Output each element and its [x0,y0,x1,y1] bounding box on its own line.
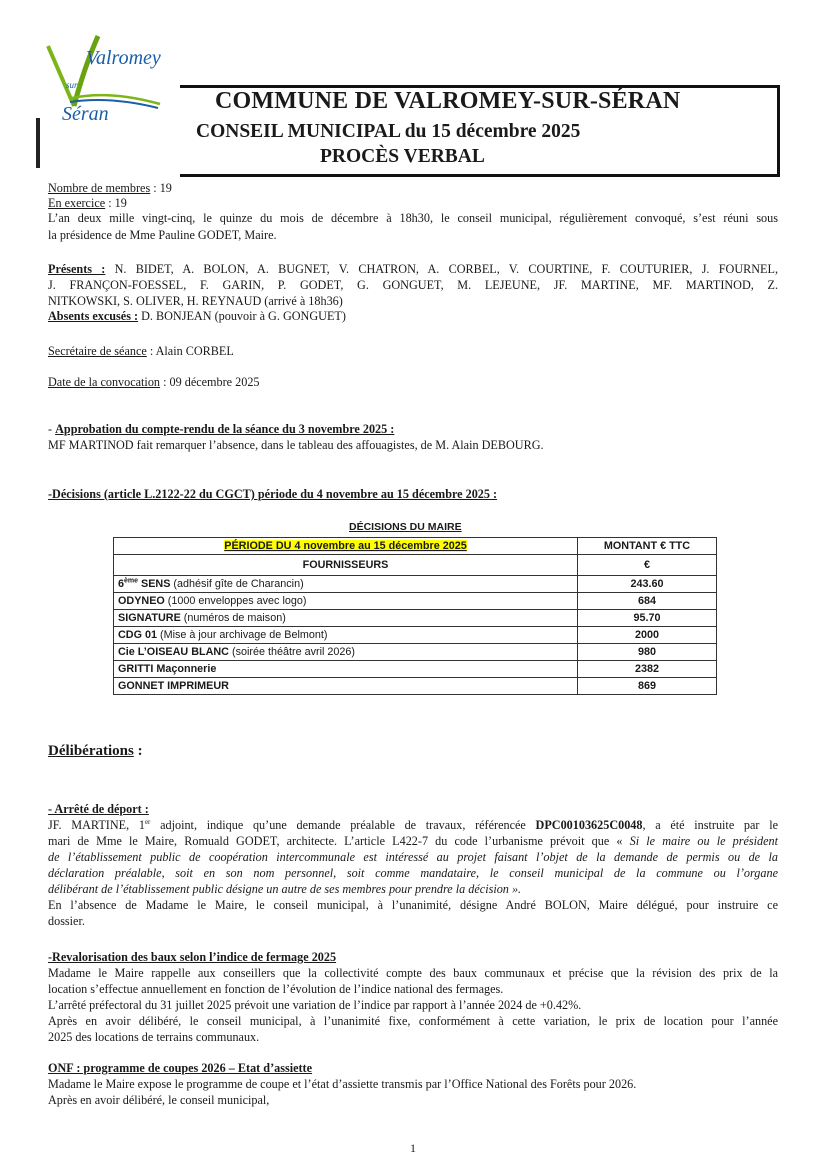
baux-line-3: L’arrêté préfectoral du 31 juillet 2025 … [48,998,581,1013]
supplier-label: GONNET IMPRIMEUR [118,680,229,692]
depot-text-2i: Si le maire ou le président [630,834,778,848]
onf-heading: ONF : programme de coupes 2026 – Etat d’… [48,1061,312,1076]
supplier-superscript: ème [124,577,138,584]
supplier-detail: (soirée théâtre avril 2026) [229,646,355,658]
table-subheader-row: FOURNISSEURS € [114,555,717,576]
supplier-label: Cie L’OISEAU BLANC [118,646,229,658]
commune-title: COMMUNE DE VALROMEY-SUR-SÉRAN [215,88,680,115]
amount-cell: 95.70 [578,610,717,627]
depot-reference: DPC00103625C0048 [536,818,643,832]
depot-text-1a: JF. MARTINE, 1 [48,818,145,832]
opening-line-1: L’an deux mille vingt-cinq, le quinze du… [48,211,778,226]
valromey-logo-icon: Valromey sur Séran [40,28,170,128]
baux-line-2: location s’effectue annuellement en fonc… [48,982,503,997]
presents-label: Présents : [48,262,105,276]
secretaire-line: Secrétaire de séance : Alain CORBEL [48,344,234,359]
depot-line-1: JF. MARTINE, 1er adjoint, indique qu’une… [48,818,778,833]
supplier-label: SENS [138,578,170,590]
convocation-line: Date de la convocation : 09 décembre 202… [48,375,260,390]
amount-cell: 684 [578,593,717,610]
conseil-title: CONSEIL MUNICIPAL du 15 décembre 2025 [196,121,580,143]
baux-line-5: 2025 des locations de terrains communaux… [48,1030,259,1045]
table-row: SIGNATURE (numéros de maison)95.70 [114,610,717,627]
presents-line-2: J. FRANÇON-FOESSEL, F. GARIN, P. GODET, … [48,278,778,293]
supplier-detail: (adhésif gîte de Charancin) [170,578,303,590]
table-row: CDG 01 (Mise à jour archivage de Belmont… [114,627,717,644]
approbation-heading: - Approbation du compte-rendu de la séan… [48,422,394,437]
depot-text-1b: adjoint, indique qu’une demande préalabl… [150,818,535,832]
supplier-cell: Cie L’OISEAU BLANC (soirée théâtre avril… [114,644,578,661]
currency-header: € [578,555,717,576]
depot-line-5: délibérant de l’établissement public dés… [48,882,521,897]
depot-line-3: de l’établissement public de coopération… [48,850,778,865]
supplier-cell: GONNET IMPRIMEUR [114,678,578,695]
approbation-title: Approbation du compte-rendu de la séance… [55,422,394,436]
supplier-name: 6ème SENS [118,578,170,590]
convocation-label: Date de la convocation [48,375,160,389]
absents-label: Absents excusés : [48,309,138,323]
amount-header: MONTANT € TTC [578,538,717,555]
svg-text:sur: sur [66,80,78,90]
depot-line-2: mari de Mme le Maire, Romuald GODET, arc… [48,834,778,849]
depot-line-6: En l’absence de Madame le Maire, le cons… [48,898,778,913]
baux-heading: -Revalorisation des baux selon l’indice … [48,950,336,965]
depot-text-1c: , a été instruite par le [643,818,779,832]
commune-logo: Valromey sur Séran [40,28,170,128]
decisions-table-title: DÉCISIONS DU MAIRE [349,521,462,533]
supplier-detail: (1000 enveloppes avec logo) [165,595,307,607]
depot-text-2a: mari de Mme le Maire, Romuald GODET, arc… [48,834,630,848]
supplier-detail: (numéros de maison) [181,612,286,624]
approbation-text: MF MARTINOD fait remarquer l’absence, da… [48,438,544,453]
table-row: Cie L’OISEAU BLANC (soirée théâtre avril… [114,644,717,661]
table-row: GONNET IMPRIMEUR869 [114,678,717,695]
presents-line-3: NITKOWSKI, S. OLIVER, H. REYNAUD (arrivé… [48,294,343,309]
supplier-name: CDG 01 [118,629,157,641]
deliberations-heading: Délibérations : [48,744,143,759]
document-type: PROCÈS VERBAL [320,146,485,168]
absents-line: Absents excusés : D. BONJEAN (pouvoir à … [48,309,346,324]
suppliers-header: FOURNISSEURS [114,555,578,576]
absents-value: D. BONJEAN (pouvoir à G. GONGUET) [138,309,346,323]
opening-line-2: la présidence de Mme Pauline GODET, Mair… [48,228,277,243]
header-frame-left-bar [36,118,40,168]
supplier-cell: SIGNATURE (numéros de maison) [114,610,578,627]
supplier-label: GRITTI Maçonnerie [118,663,216,675]
supplier-cell: 6ème SENS (adhésif gîte de Charancin) [114,576,578,593]
decisions-table: PÉRIODE DU 4 novembre au 15 décembre 202… [113,537,717,695]
supplier-cell: CDG 01 (Mise à jour archivage de Belmont… [114,627,578,644]
presents-line-1: Présents : N. BIDET, A. BOLON, A. BUGNET… [48,262,778,277]
depot-line-4: déclaration préalable, soit en son nom p… [48,866,778,881]
svg-text:Valromey: Valromey [86,47,161,69]
deliberations-colon: : [134,743,143,759]
supplier-label: ODYNEO [118,595,165,607]
supplier-label: CDG 01 [118,629,157,641]
membres-line: Nombre de membres : 19 [48,181,172,196]
secretaire-label: Secrétaire de séance [48,344,147,358]
table-row: ODYNEO (1000 enveloppes avec logo)684 [114,593,717,610]
period-label: PÉRIODE DU 4 novembre au 15 décembre 202… [224,540,466,552]
amount-cell: 980 [578,644,717,661]
exercice-line: En exercice : 19 [48,196,127,211]
table-row: GRITTI Maçonnerie2382 [114,661,717,678]
amount-cell: 2382 [578,661,717,678]
svg-text:Séran: Séran [62,103,109,125]
table-row: 6ème SENS (adhésif gîte de Charancin)243… [114,576,717,593]
supplier-detail: (Mise à jour archivage de Belmont) [157,629,327,641]
baux-line-4: Après en avoir délibéré, le conseil muni… [48,1014,778,1029]
period-cell: PÉRIODE DU 4 novembre au 15 décembre 202… [114,538,578,555]
baux-line-1: Madame le Maire rappelle aux conseillers… [48,966,778,981]
deliberations-title: Délibérations [48,743,134,759]
convocation-value: : 09 décembre 2025 [160,375,260,389]
amount-cell: 243.60 [578,576,717,593]
presents-names-1: N. BIDET, A. BOLON, A. BUGNET, V. CHATRO… [105,262,778,276]
page-number: 1 [410,1141,416,1156]
amount-cell: 869 [578,678,717,695]
exercice-label: En exercice [48,196,105,210]
supplier-label: SIGNATURE [118,612,181,624]
supplier-cell: ODYNEO (1000 enveloppes avec logo) [114,593,578,610]
exercice-value: : 19 [105,196,127,210]
secretaire-value: : Alain CORBEL [147,344,234,358]
decisions-heading: -Décisions (article L.2122-22 du CGCT) p… [48,487,497,502]
supplier-name: Cie L’OISEAU BLANC [118,646,229,658]
onf-line-2: Après en avoir délibéré, le conseil muni… [48,1093,269,1108]
membres-value: : 19 [150,181,172,195]
depot-line-7: dossier. [48,914,85,929]
supplier-cell: GRITTI Maçonnerie [114,661,578,678]
supplier-name: GONNET IMPRIMEUR [118,680,229,692]
membres-label: Nombre de membres [48,181,150,195]
onf-line-1: Madame le Maire expose le programme de c… [48,1077,636,1092]
depot-heading: - Arrêté de déport : [48,802,149,817]
table-header-row: PÉRIODE DU 4 novembre au 15 décembre 202… [114,538,717,555]
supplier-name: ODYNEO [118,595,165,607]
amount-cell: 2000 [578,627,717,644]
supplier-name: GRITTI Maçonnerie [118,663,216,675]
supplier-name: SIGNATURE [118,612,181,624]
